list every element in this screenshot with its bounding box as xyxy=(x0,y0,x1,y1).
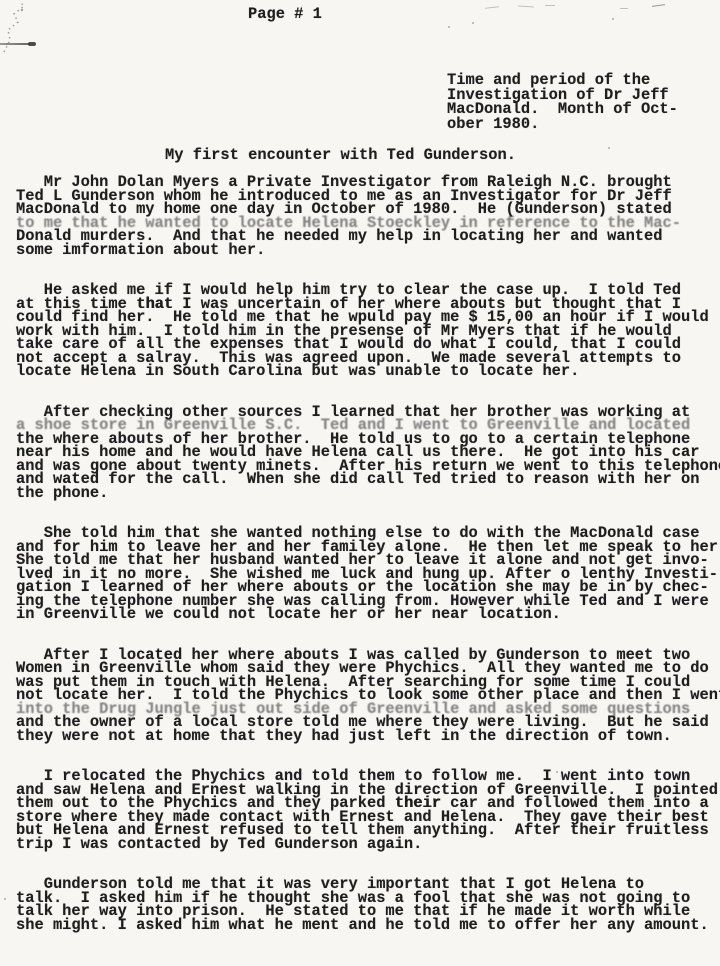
paragraph: I relocated the Phychics and told them t… xyxy=(16,770,720,851)
text-line: to me that he wanted to locate Helena St… xyxy=(16,217,720,231)
note-line: ober 1980. xyxy=(447,117,678,132)
smudge-mark xyxy=(652,4,665,7)
edge-dash-blob xyxy=(28,42,36,46)
smudge-mark xyxy=(620,8,628,9)
paragraph: After I located her where abouts I was c… xyxy=(16,649,720,744)
investigation-period-note: Time and period of the Investigation of … xyxy=(447,73,678,131)
speck xyxy=(608,147,610,149)
paragraph: Gunderson told me that it was very impor… xyxy=(16,878,720,932)
scanned-document-page: { "colors": { "ink": "#1e1e1e", "paper":… xyxy=(0,0,720,966)
paragraph: Mr John Dolan Myers a Private Investigat… xyxy=(16,176,720,257)
text-line: she might. I asked him what he ment and … xyxy=(16,919,720,933)
text-line: some imformation about her. xyxy=(16,244,720,258)
text-line: into the Drug Jungle just out side of Gr… xyxy=(16,703,720,717)
speck xyxy=(472,22,474,24)
paragraph: After checking other sources I learned t… xyxy=(16,406,720,501)
text-line: locate Helena in South Carolina but was … xyxy=(16,365,720,379)
smudge-mark xyxy=(485,6,499,8)
speck xyxy=(4,898,6,900)
text-line: and wated for the call. When she did cal… xyxy=(16,473,720,487)
text-line: they were not at home that they had just… xyxy=(16,730,720,744)
speck xyxy=(612,18,614,20)
smudge-mark xyxy=(518,5,534,7)
text-line: a shoe store in Greenville S.C. Ted and … xyxy=(16,419,720,433)
text-line: trip I was contacted by Ted Gunderson ag… xyxy=(16,838,720,852)
text-line: the phone. xyxy=(16,487,720,501)
paragraph: He asked me if I would help him try to c… xyxy=(16,284,720,379)
text-line: in Greenville we could not locate her or… xyxy=(16,608,720,622)
edge-dash-mark xyxy=(0,43,30,45)
speck xyxy=(448,26,450,28)
document-body: Mr John Dolan Myers a Private Investigat… xyxy=(16,176,720,959)
paragraph: She told him that she wanted nothing els… xyxy=(16,527,720,622)
section-heading: My first encounter with Ted Gunderson. xyxy=(165,147,516,163)
smudge-mark xyxy=(545,5,555,6)
pencil-scribble-top-left xyxy=(0,0,60,60)
page-number-label: Page # 1 xyxy=(248,6,322,22)
